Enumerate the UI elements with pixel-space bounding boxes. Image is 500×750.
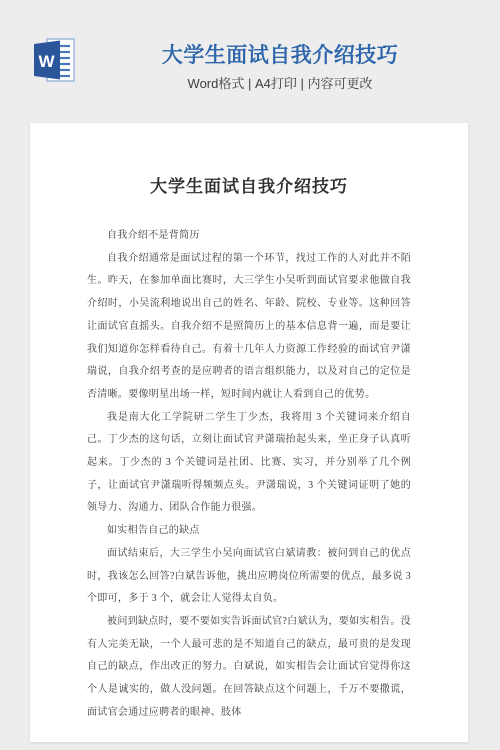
doc-section-heading: 如实相告自己的缺点 xyxy=(87,520,411,543)
template-title: 大学生面试自我介绍技巧 xyxy=(80,44,480,67)
doc-paragraph: 面试结束后，大三学生小吴向面试官白斌请教：被问到自己的优点时，我该怎么回答?白斌… xyxy=(87,543,411,611)
header-text-block: 大学生面试自我介绍技巧 Word格式 | A4打印 | 内容可更改 xyxy=(80,0,480,92)
word-logo-icon: W xyxy=(30,36,78,84)
svg-text:W: W xyxy=(38,52,55,71)
doc-section-heading: 自我介绍不是背简历 xyxy=(87,225,411,248)
document-body: 自我介绍不是背简历自我介绍通常是面试过程的第一个环节，找过工作的人对此并不陌生。… xyxy=(87,225,411,724)
doc-paragraph: 自我介绍通常是面试过程的第一个环节，找过工作的人对此并不陌生。昨天，在参加单面比… xyxy=(87,248,411,407)
document-title: 大学生面试自我介绍技巧 xyxy=(87,175,411,199)
header: W 大学生面试自我介绍技巧 Word格式 | A4打印 | 内容可更改 xyxy=(0,0,500,123)
document-preview-page: 大学生面试自我介绍技巧 自我介绍不是背简历自我介绍通常是面试过程的第一个环节，找… xyxy=(30,123,468,742)
template-preview-page: W 大学生面试自我介绍技巧 Word格式 | A4打印 | 内容可更改 大学生面… xyxy=(0,0,500,750)
template-format-info: Word格式 | A4打印 | 内容可更改 xyxy=(80,76,480,92)
doc-paragraph: 被问到缺点时，要不要如实告诉面试官?白斌认为，要如实相告。没有人完美无缺，一个人… xyxy=(87,611,411,725)
doc-paragraph: 我是南大化工学院研二学生丁少杰，我将用 3 个关键词来介绍自己。丁少杰的这句话，… xyxy=(87,407,411,521)
